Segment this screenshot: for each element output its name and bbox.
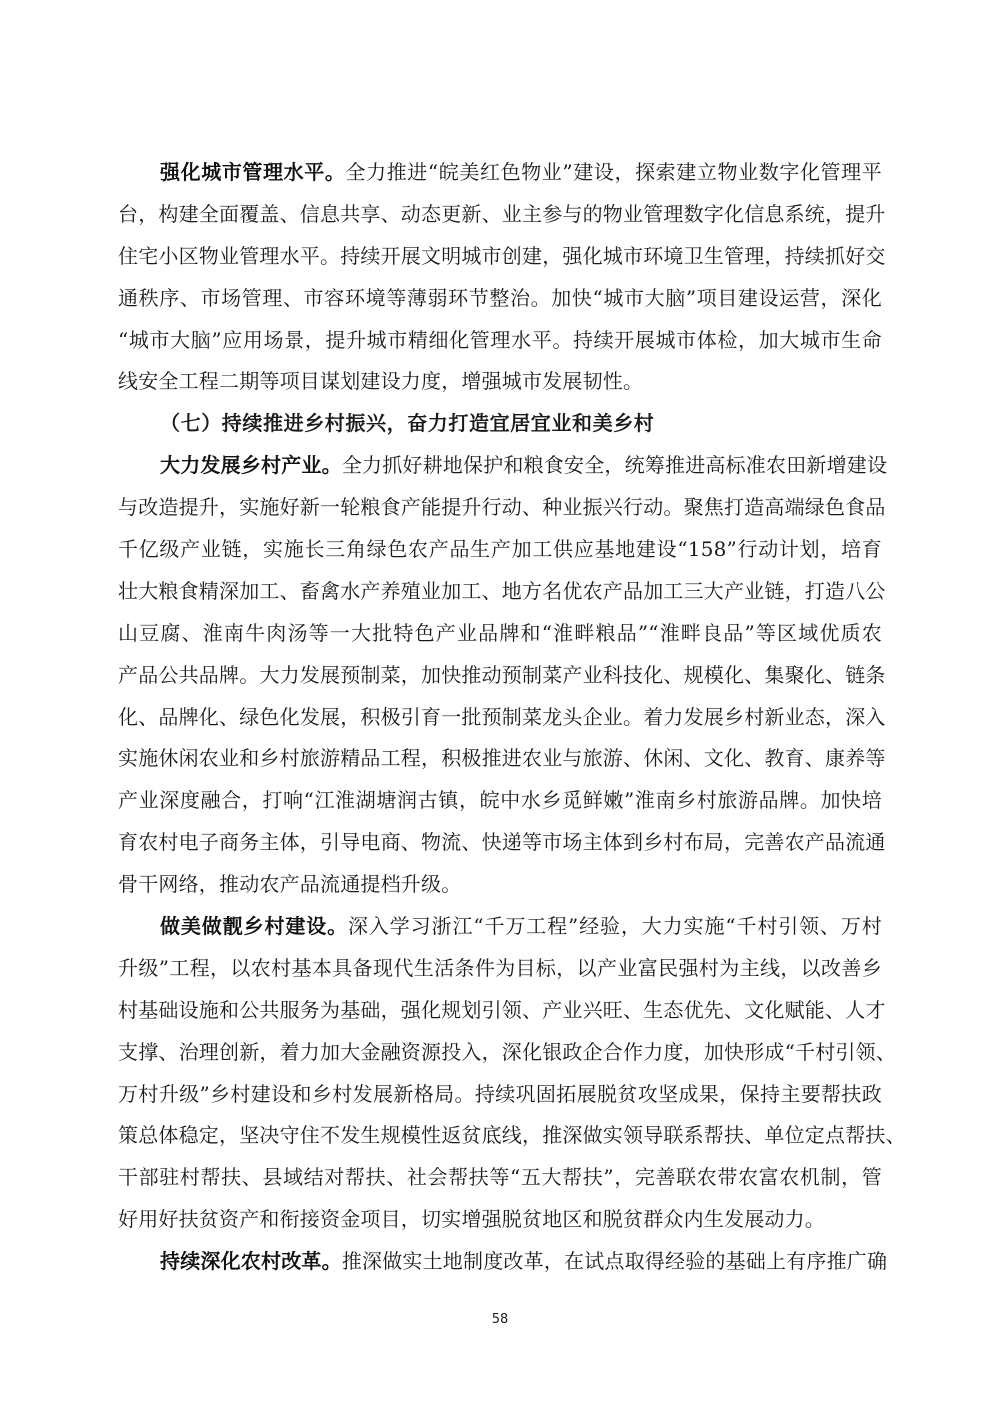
paragraph-text: 推深做实土地制度改革，在试点取得经验的基础上有序推广确 <box>342 1249 887 1273</box>
paragraph-line: 策总体稳定，坚决守住不发生规模性返贫底线，推深做实领导联系帮扶、单位定点帮扶、 <box>118 1115 882 1157</box>
paragraph-line: 大力发展乡村产业。全力抓好耕地保护和粮食安全，统筹推进高标准农田新增建设 <box>118 445 882 487</box>
paragraph-line: 住宅小区物业管理水平。持续开展文明城市创建，强化城市环境卫生管理，持续抓好交 <box>118 236 882 278</box>
paragraph-line: 升级”工程，以农村基本具备现代生活条件为目标，以产业富民强村为主线，以改善乡 <box>118 948 882 990</box>
paragraph-line: 山豆腐、淮南牛肉汤等一大批特色产业品牌和“淮畔粮品”“淮畔良品”等区域优质农 <box>118 613 882 655</box>
paragraph-line: 千亿级产业链，实施长三角绿色农产品生产加工供应基地建设“158”行动计划，培育 <box>118 529 882 571</box>
paragraph-line: 壮大粮食精深加工、畜禽水产养殖业加工、地方名优农产品加工三大产业链，打造八公 <box>118 571 882 613</box>
paragraph-line: 产品公共品牌。大力发展预制菜，加快推动预制菜产业科技化、规模化、集聚化、链条 <box>118 655 882 697</box>
paragraph-line: 化、品牌化、绿色化发展，积极引育一批预制菜龙头企业。着力发展乡村新业态，深入 <box>118 697 882 739</box>
paragraph-line: 线安全工程二期等项目谋划建设力度，增强城市发展韧性。 <box>118 361 882 403</box>
document-page: 强化城市管理水平。全力推进“皖美红色物业”建设，探索建立物业数字化管理平 台，构… <box>118 152 882 1283</box>
page-number: 58 <box>0 1312 1000 1327</box>
paragraph-line: “城市大脑”应用场景，提升城市精细化管理水平。持续开展城市体检，加大城市生命 <box>118 320 882 362</box>
section-heading: （七）持续推进乡村振兴，奋力打造宜居宜业和美乡村 <box>118 403 882 445</box>
paragraph-line: 村基础设施和公共服务为基础，强化规划引领、产业兴旺、生态优先、文化赋能、人才 <box>118 990 882 1032</box>
paragraph-text: 全力推进“皖美红色物业”建设，探索建立物业数字化管理平 <box>345 160 882 184</box>
paragraph-line: 实施休闲农业和乡村旅游精品工程，积极推进农业与旅游、休闲、文化、教育、康养等 <box>118 738 882 780</box>
paragraph-lead: 强化城市管理水平。 <box>160 160 345 184</box>
paragraph-text: 全力抓好耕地保护和粮食安全，统筹推进高标准农田新增建设 <box>342 453 887 477</box>
paragraph-line: 干部驻村帮扶、县域结对帮扶、社会帮扶等“五大帮扶”，完善联农带农富农机制，管 <box>118 1157 882 1199</box>
paragraph-lead: 持续深化农村改革。 <box>160 1249 342 1273</box>
paragraph-line: 通秩序、市场管理、市容环境等薄弱环节整治。加快“城市大脑”项目建设运营，深化 <box>118 278 882 320</box>
paragraph-line: 支撑、治理创新，着力加大金融资源投入，深化银政企合作力度，加快形成“千村引领、 <box>118 1032 882 1074</box>
paragraph-line: 台，构建全面覆盖、信息共享、动态更新、业主参与的物业管理数字化信息系统，提升 <box>118 194 882 236</box>
paragraph-line: 持续深化农村改革。推深做实土地制度改革，在试点取得经验的基础上有序推广确 <box>118 1241 882 1283</box>
paragraph-line: 产业深度融合，打响“江淮湖塘润古镇，皖中水乡觅鲜嫩”淮南乡村旅游品牌。加快培 <box>118 780 882 822</box>
paragraph-line: 好用好扶贫资产和衔接资金项目，切实增强脱贫地区和脱贫群众内生发展动力。 <box>118 1199 882 1241</box>
paragraph-text: 深入学习浙江“千万工程”经验，大力实施“千村引领、万村 <box>348 914 882 938</box>
paragraph-lead: 做美做靓乡村建设。 <box>160 914 348 938</box>
paragraph-line: 强化城市管理水平。全力推进“皖美红色物业”建设，探索建立物业数字化管理平 <box>118 152 882 194</box>
paragraph-lead: 大力发展乡村产业。 <box>160 453 342 477</box>
paragraph-line: 育农村电子商务主体，引导电商、物流、快递等市场主体到乡村布局，完善农产品流通 <box>118 822 882 864</box>
paragraph-line: 万村升级”乡村建设和乡村发展新格局。持续巩固拓展脱贫攻坚成果，保持主要帮扶政 <box>118 1074 882 1116</box>
paragraph-line: 骨干网络，推动农产品流通提档升级。 <box>118 864 882 906</box>
paragraph-line: 做美做靓乡村建设。深入学习浙江“千万工程”经验，大力实施“千村引领、万村 <box>118 906 882 948</box>
paragraph-line: 与改造提升，实施好新一轮粮食产能提升行动、种业振兴行动。聚焦打造高端绿色食品 <box>118 487 882 529</box>
